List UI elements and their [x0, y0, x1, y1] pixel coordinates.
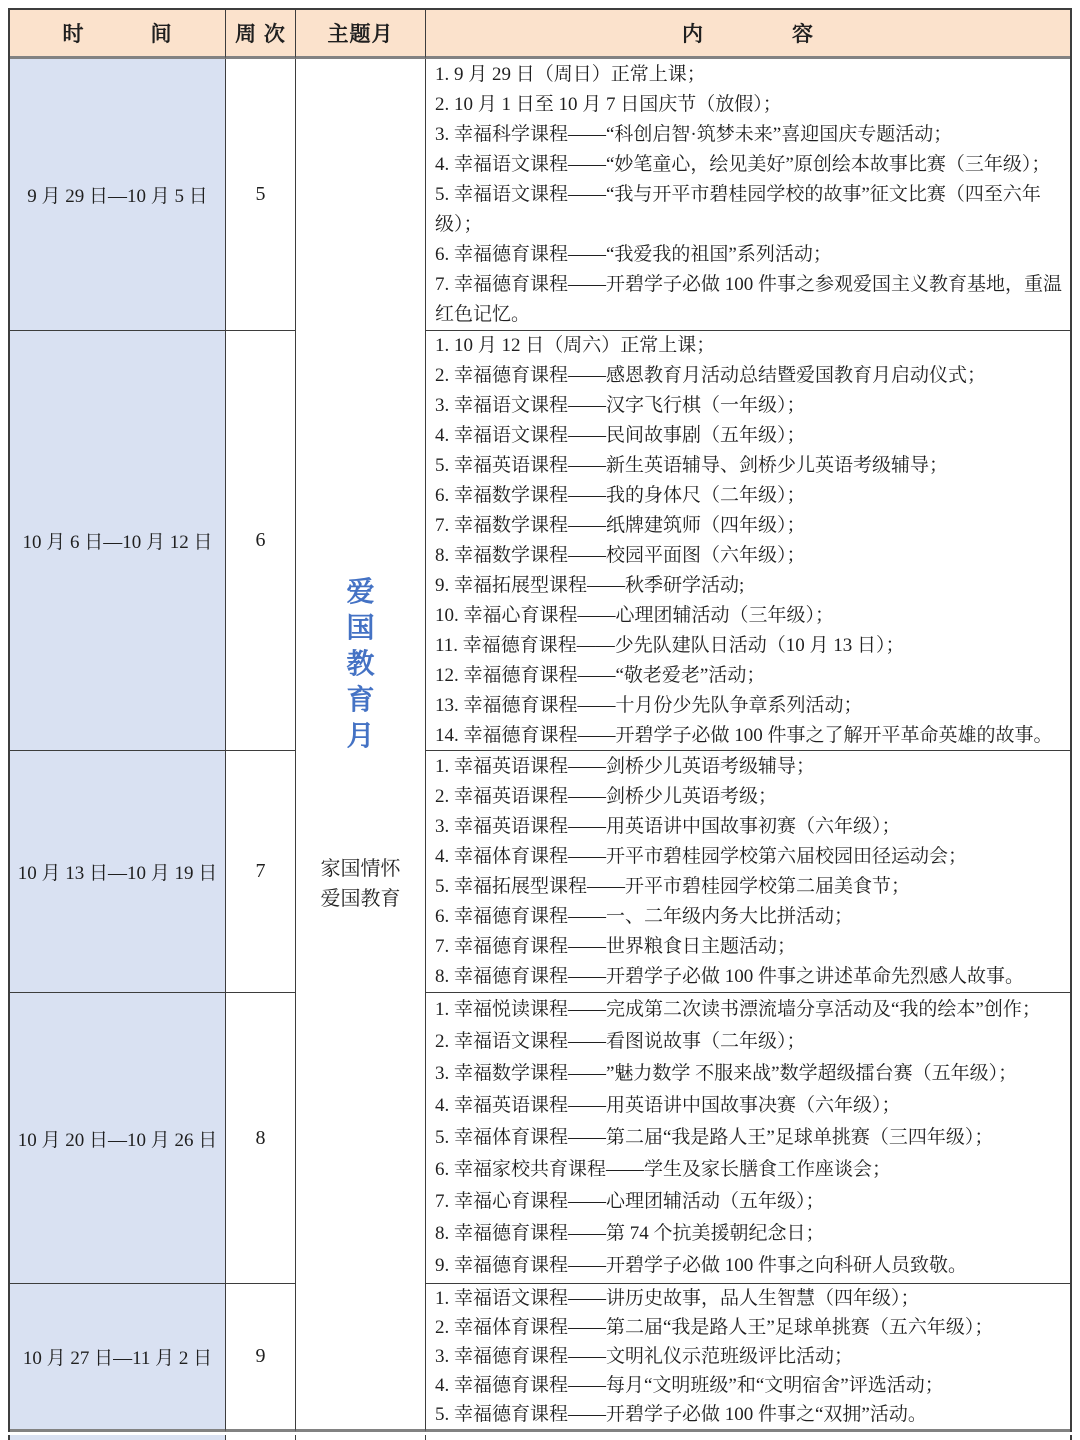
content-item: 2. 10 月 1 日至 10 月 7 日国庆节（放假）；	[435, 90, 1064, 120]
content-item: 5. 幸福英语课程——新生英语辅导、剑桥少儿英语考级辅导；	[435, 451, 1064, 481]
next-row-theme-cell	[296, 1435, 426, 1440]
theme-month-title: 爱国教育月	[346, 574, 374, 754]
week-number-cell-7: 7	[226, 751, 296, 993]
next-row-content-cell	[426, 1435, 1070, 1440]
theme-month-merged-cell: 爱国教育月 家国情怀爱国教育	[296, 59, 426, 1432]
content-item: 3. 幸福科学课程——“科创启智·筑梦未来”喜迎国庆专题活动；	[435, 120, 1064, 150]
content-item: 9. 幸福拓展型课程——秋季研学活动;	[435, 571, 1064, 601]
theme-month-title-char: 爱	[346, 574, 374, 610]
content-item: 6. 幸福数学课程——我的身体尺（二年级）；	[435, 481, 1064, 511]
week-number: 9	[256, 1345, 266, 1368]
header-cell-theme-month: 主题月	[296, 10, 426, 59]
content-item: 8. 幸福德育课程——第 74 个抗美援朝纪念日；	[435, 1218, 1064, 1250]
week-number: 5	[256, 183, 266, 206]
content-cell-week7: 1. 幸福英语课程——剑桥少儿英语考级辅导；2. 幸福英语课程——剑桥少儿英语考…	[426, 751, 1070, 993]
content-item: 8. 幸福德育课程——开碧学子必做 100 件事之讲述革命先烈感人故事。	[435, 962, 1064, 992]
week-number: 8	[256, 1127, 266, 1150]
content-item: 13. 幸福德育课程——十月份少先队争章系列活动；	[435, 691, 1064, 721]
content-item: 14. 幸福德育课程——开碧学子必做 100 件事之了解开平革命英雄的故事。	[435, 721, 1064, 751]
content-item: 11. 幸福德育课程——少先队建队日活动（10 月 13 日）；	[435, 631, 1064, 661]
content-item: 5. 幸福拓展型课程——开平市碧桂园学校第二届美食节；	[435, 872, 1064, 902]
content-item: 4. 幸福语文课程——“妙笔童心，绘见美好”原创绘本故事比赛（三年级）；	[435, 150, 1064, 180]
header-cell-time: 时 间	[10, 10, 226, 59]
content-item: 12. 幸福德育课程——“敬老爱老”活动；	[435, 661, 1064, 691]
content-item: 6. 幸福德育课程——“我爱我的祖国”系列活动；	[435, 240, 1064, 270]
date-range: 10 月 13 日—10 月 19 日	[18, 858, 218, 885]
content-item: 3. 幸福德育课程——文明礼仪示范班级评比活动；	[435, 1342, 1064, 1371]
next-row-time-cell	[10, 1435, 226, 1440]
header-content-label: 内 容	[682, 18, 814, 48]
content-item: 7. 幸福心育课程——心理团辅活动（五年级）；	[435, 1186, 1064, 1218]
content-item: 2. 幸福德育课程——感恩教育月活动总结暨爱国教育月启动仪式；	[435, 361, 1064, 391]
content-item: 8. 幸福数学课程——校园平面图（六年级）；	[435, 541, 1064, 571]
content-item: 7. 幸福德育课程——开碧学子必做 100 件事之参观爱国主义教育基地，重温红色…	[435, 270, 1064, 330]
date-range: 10 月 6 日—10 月 12 日	[22, 527, 212, 554]
time-cell-week8: 10 月 20 日—10 月 26 日	[10, 993, 226, 1284]
content-item: 6. 幸福德育课程——一、二年级内务大比拼活动；	[435, 902, 1064, 932]
week-number-cell-5: 5	[226, 59, 296, 331]
time-cell-week9: 10 月 27 日—11 月 2 日	[10, 1284, 226, 1432]
content-item: 5. 幸福语文课程——“我与开平市碧桂园学校的故事”征文比赛（四至六年级）；	[435, 180, 1064, 240]
week-number: 7	[256, 860, 266, 883]
content-cell-week6: 1. 10 月 12 日（周六）正常上课；2. 幸福德育课程——感恩教育月活动总…	[426, 331, 1070, 751]
content-item: 3. 幸福语文课程——汉字飞行棋（一年级）；	[435, 391, 1064, 421]
content-item: 4. 幸福体育课程——开平市碧桂园学校第六届校园田径运动会；	[435, 842, 1064, 872]
week-number-cell-9: 9	[226, 1284, 296, 1432]
content-cell-week5: 1. 9 月 29 日（周日）正常上课；2. 10 月 1 日至 10 月 7 …	[426, 59, 1070, 331]
time-cell-week7: 10 月 13 日—10 月 19 日	[10, 751, 226, 993]
header-cell-week: 周 次	[226, 10, 296, 59]
header-theme-label: 主题月	[328, 18, 394, 48]
theme-month-title-char: 月	[346, 718, 374, 754]
content-item: 2. 幸福体育课程——第二届“我是路人王”足球单挑赛（五六年级）；	[435, 1313, 1064, 1342]
theme-month-title-char: 国	[346, 610, 374, 646]
content-item: 3. 幸福数学课程——”魅力数学 不服来战”数学超级擂台赛（五年级）；	[435, 1058, 1064, 1090]
content-item: 6. 幸福家校共育课程——学生及家长膳食工作座谈会；	[435, 1154, 1064, 1186]
next-row-partial	[8, 1435, 1072, 1440]
content-item: 1. 幸福悦读课程——完成第二次读书漂流墙分享活动及“我的绘本”创作；	[435, 994, 1064, 1026]
theme-month-subtitle-line: 爱国教育	[321, 884, 401, 914]
content-item: 7. 幸福数学课程——纸牌建筑师（四年级）；	[435, 511, 1064, 541]
content-item: 4. 幸福语文课程——民间故事剧（五年级）；	[435, 421, 1064, 451]
time-cell-week5: 9 月 29 日—10 月 5 日	[10, 59, 226, 331]
content-cell-week8: 1. 幸福悦读课程——完成第二次读书漂流墙分享活动及“我的绘本”创作；2. 幸福…	[426, 993, 1070, 1284]
content-item: 10. 幸福心育课程——心理团辅活动（三年级）；	[435, 601, 1064, 631]
next-row-week-cell	[226, 1435, 296, 1440]
week-number: 6	[256, 529, 266, 552]
content-item: 1. 幸福英语课程——剑桥少儿英语考级辅导；	[435, 752, 1064, 782]
content-item: 2. 幸福英语课程——剑桥少儿英语考级；	[435, 782, 1064, 812]
date-range: 10 月 20 日—10 月 26 日	[18, 1125, 218, 1152]
header-time-label: 时 间	[63, 18, 173, 48]
theme-month-subtitle: 家国情怀爱国教育	[321, 854, 401, 914]
content-item: 3. 幸福英语课程——用英语讲中国故事初赛（六年级）；	[435, 812, 1064, 842]
content-item: 2. 幸福语文课程——看图说故事（二年级）；	[435, 1026, 1064, 1058]
content-item: 1. 9 月 29 日（周日）正常上课；	[435, 60, 1064, 90]
week-number-cell-6: 6	[226, 331, 296, 751]
content-item: 5. 幸福体育课程——第二届“我是路人王”足球单挑赛（三四年级）；	[435, 1122, 1064, 1154]
weekly-schedule-table: 时 间 周 次 主题月 内 容 爱国教育月 家国情怀爱国教育 9 月 29 日—…	[8, 8, 1072, 1432]
header-cell-content: 内 容	[426, 10, 1070, 59]
theme-month-title-char: 育	[346, 682, 374, 718]
week-number-cell-8: 8	[226, 993, 296, 1284]
theme-month-title-char: 教	[346, 646, 374, 682]
content-cell-week9: 1. 幸福语文课程——讲历史故事，品人生智慧（四年级）；2. 幸福体育课程——第…	[426, 1284, 1070, 1432]
content-item: 1. 10 月 12 日（周六）正常上课；	[435, 331, 1064, 361]
content-item: 4. 幸福德育课程——每月“文明班级”和“文明宿舍”评选活动；	[435, 1371, 1064, 1400]
content-item: 9. 幸福德育课程——开碧学子必做 100 件事之向科研人员致敬。	[435, 1250, 1064, 1282]
header-week-label: 周 次	[235, 18, 286, 48]
time-cell-week6: 10 月 6 日—10 月 12 日	[10, 331, 226, 751]
date-range: 9 月 29 日—10 月 5 日	[27, 181, 208, 208]
content-item: 1. 幸福语文课程——讲历史故事，品人生智慧（四年级）；	[435, 1284, 1064, 1313]
content-item: 7. 幸福德育课程——世界粮食日主题活动；	[435, 932, 1064, 962]
theme-month-subtitle-line: 家国情怀	[321, 854, 401, 884]
date-range: 10 月 27 日—11 月 2 日	[23, 1343, 212, 1370]
content-item: 5. 幸福德育课程——开碧学子必做 100 件事之“双拥”活动。	[435, 1400, 1064, 1429]
content-item: 4. 幸福英语课程——用英语讲中国故事决赛（六年级）；	[435, 1090, 1064, 1122]
